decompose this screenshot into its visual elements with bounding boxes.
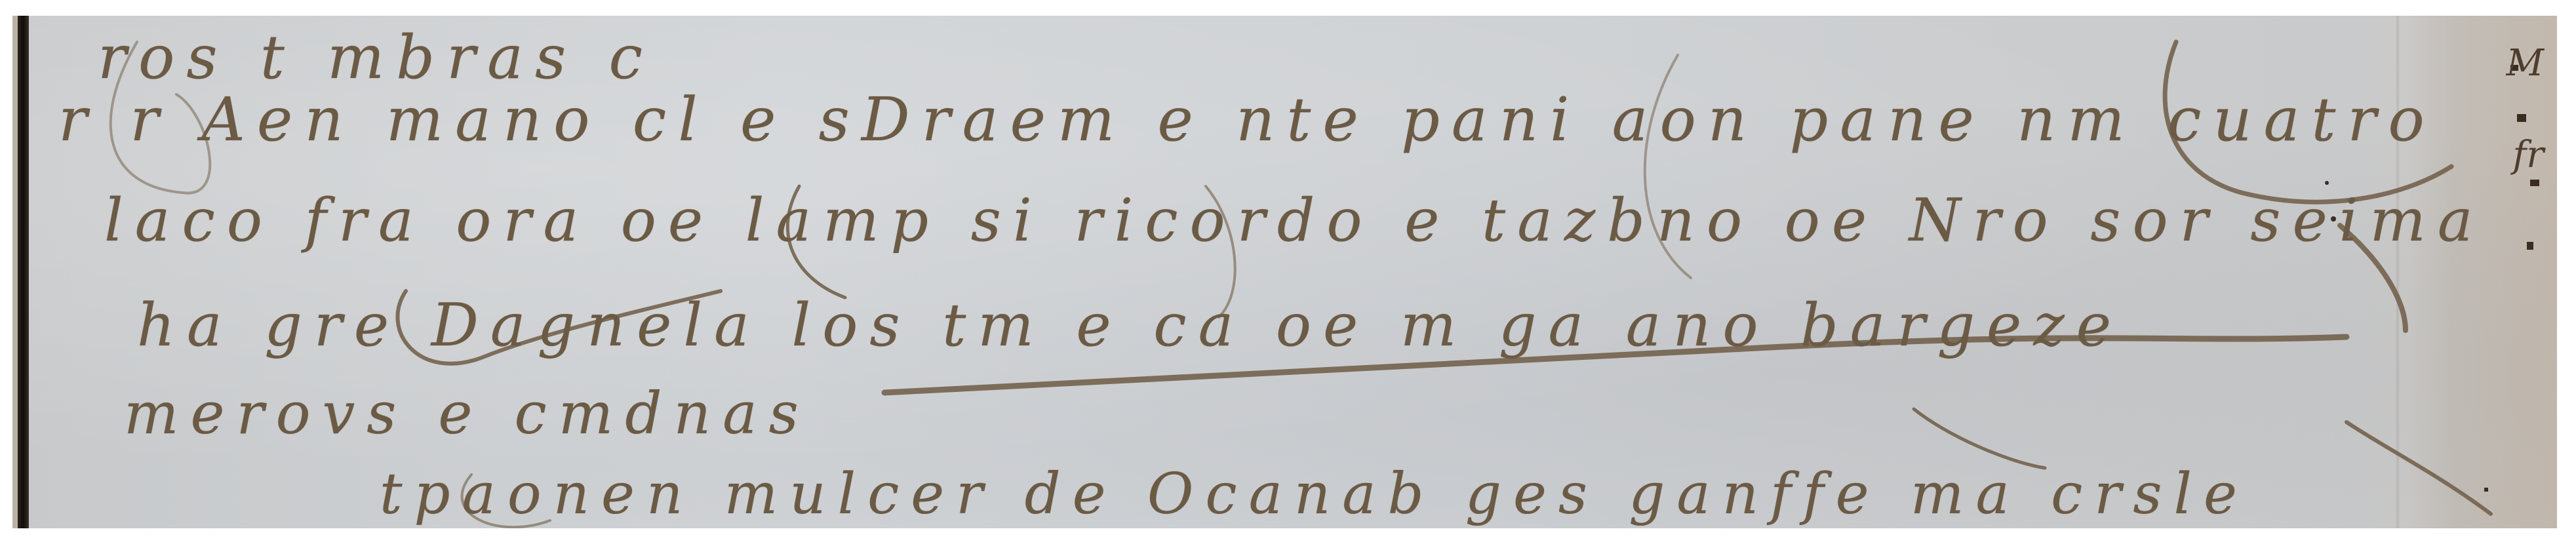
manuscript-line-3: laco fra ora oe lamp si ricordo e tazbno… — [104, 186, 2485, 255]
manuscript-line-4: ha gre Dagnela los tm e ca oe m ga ano b… — [137, 291, 2123, 360]
manuscript-line-2: r r Aen mano cl e sDraem e nte pani aon … — [58, 85, 2436, 155]
manuscript-line-1: ros t mbras c — [98, 22, 654, 92]
manuscript-line-6: tpaonen mulcer de Ocanab ges ganffe ma c… — [380, 461, 2249, 527]
manuscript-line-5: merovs e cmdnas — [124, 380, 810, 447]
margin-note-1: M — [2507, 42, 2544, 85]
margin-note-2: fr — [2513, 134, 2545, 176]
manuscript-scan: ros t mbras c r r Aen mano cl e sDraem e… — [12, 16, 2557, 528]
